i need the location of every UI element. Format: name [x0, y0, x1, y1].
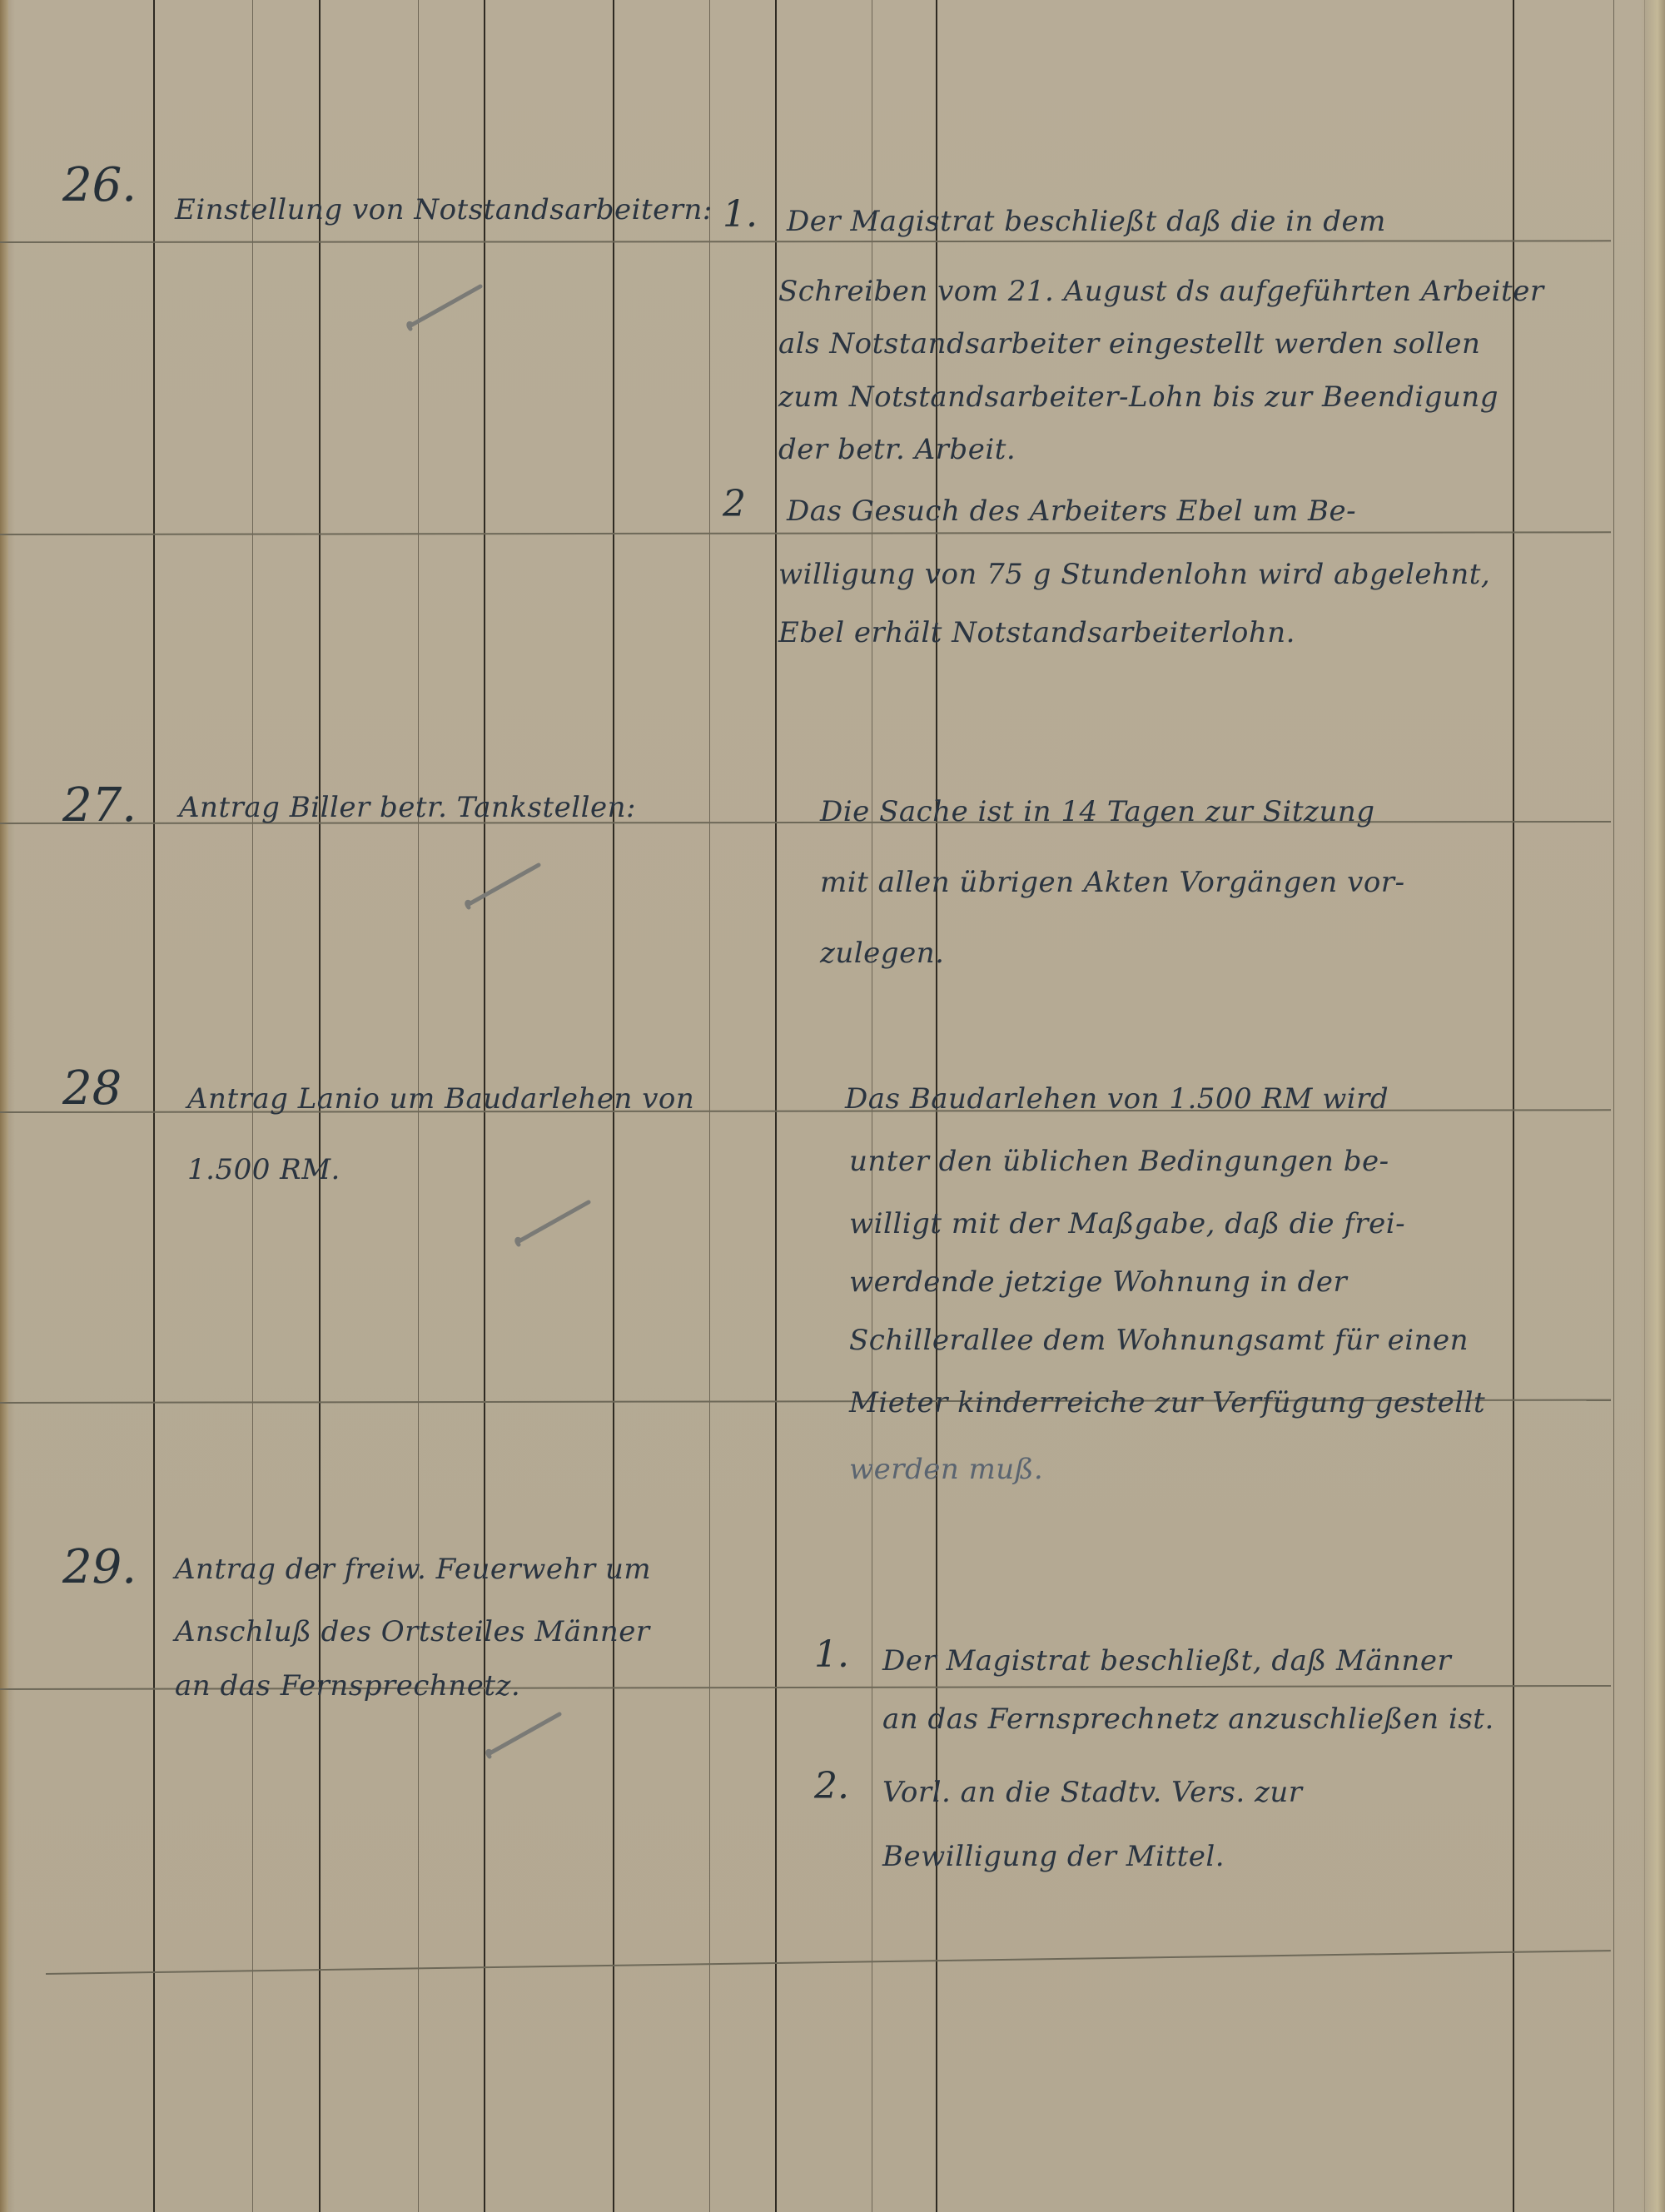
- ledger-page: 26. Einstellung von Notstandsarbeitern: …: [0, 0, 1665, 2212]
- checkmark-icon: [462, 862, 545, 912]
- resolution-line: mit allen übrigen Akten Vorgängen vor-: [820, 857, 1405, 907]
- resolution-mark: 2: [723, 483, 746, 525]
- resolution-line: Bewilligung der Mittel.: [882, 1832, 1225, 1881]
- resolution-line: Das Gesuch des Arbeiters Ebel um Be-: [787, 486, 1356, 536]
- resolution-line: Vorl. an die Stadtv. Vers. zur: [882, 1767, 1303, 1817]
- resolution-mark: 2.: [814, 1765, 849, 1807]
- column-rule: [1613, 0, 1614, 2212]
- entry-subject: Einstellung von Notstandsarbeitern:: [175, 185, 741, 235]
- resolution-line: willigung von 75 g Stundenlohn wird abge…: [778, 549, 1490, 599]
- resolution-line: an das Fernsprechnetz anzuschließen ist.: [882, 1694, 1494, 1744]
- entry-subject: Antrag der freiw. Feuerwehr um: [175, 1544, 651, 1594]
- resolution-line: Ebel erhält Notstandsarbeiterlohn.: [778, 608, 1295, 658]
- resolution-line: Die Sache ist in 14 Tagen zur Sitzung: [820, 787, 1375, 837]
- resolution-mark: 1.: [814, 1633, 849, 1676]
- resolution-line: der betr. Arbeit.: [778, 425, 1016, 475]
- resolution-line: willigt mit der Maßgabe, daß die frei-: [849, 1199, 1405, 1249]
- resolution-line: werdende jetzige Wohnung in der: [849, 1257, 1347, 1307]
- column-rule: [153, 0, 155, 2212]
- page-binding-edge: [0, 0, 8, 2212]
- entry-subject: Antrag Lanio um Baudarlehen von: [187, 1074, 694, 1124]
- resolution-line: als Notstandsarbeiter eingestellt werden…: [778, 319, 1480, 369]
- resolution-line: Schillerallee dem Wohnungsamt für einen: [849, 1315, 1469, 1365]
- resolution-line: Das Baudarlehen von 1.500 RM wird: [845, 1074, 1389, 1124]
- entry-subject: Anschluß des Ortsteiles Männer: [175, 1607, 650, 1657]
- checkmark-icon: [483, 1711, 566, 1761]
- resolution-line: Der Magistrat beschließt, daß Männer: [882, 1636, 1451, 1686]
- resolution-line: Schreiben vom 21. August ds aufgeführten…: [778, 266, 1544, 316]
- column-rule: [775, 0, 777, 2212]
- column-rule: [709, 0, 710, 2212]
- checkmark-icon: [512, 1199, 595, 1249]
- entry-number: 29.: [62, 1544, 137, 1591]
- row-rule: [46, 1950, 1611, 1975]
- page-curl-edge: [1644, 0, 1665, 2212]
- checkmark-icon: [404, 283, 487, 333]
- entry-subject: an das Fernsprechnetz.: [175, 1661, 520, 1711]
- column-rule: [1513, 0, 1514, 2212]
- resolution-mark: 1.: [723, 193, 758, 236]
- resolution-line: zulegen.: [820, 928, 944, 978]
- resolution-line: zum Notstandsarbeiter-Lohn bis zur Beend…: [778, 372, 1498, 422]
- resolution-line: Mieter kinderreiche zur Verfügung gestel…: [849, 1378, 1485, 1428]
- entry-number: 26.: [62, 162, 137, 209]
- resolution-line: Der Magistrat beschließt daß die in dem: [787, 196, 1386, 246]
- entry-number: 27.: [62, 783, 137, 829]
- entry-number: 28: [62, 1066, 122, 1112]
- resolution-line: unter den üblichen Bedingungen be-: [849, 1136, 1389, 1186]
- entry-subject: 1.500 RM.: [187, 1145, 340, 1195]
- entry-subject: Antrag Biller betr. Tankstellen:: [179, 783, 636, 833]
- resolution-line: werden muß.: [849, 1444, 1043, 1494]
